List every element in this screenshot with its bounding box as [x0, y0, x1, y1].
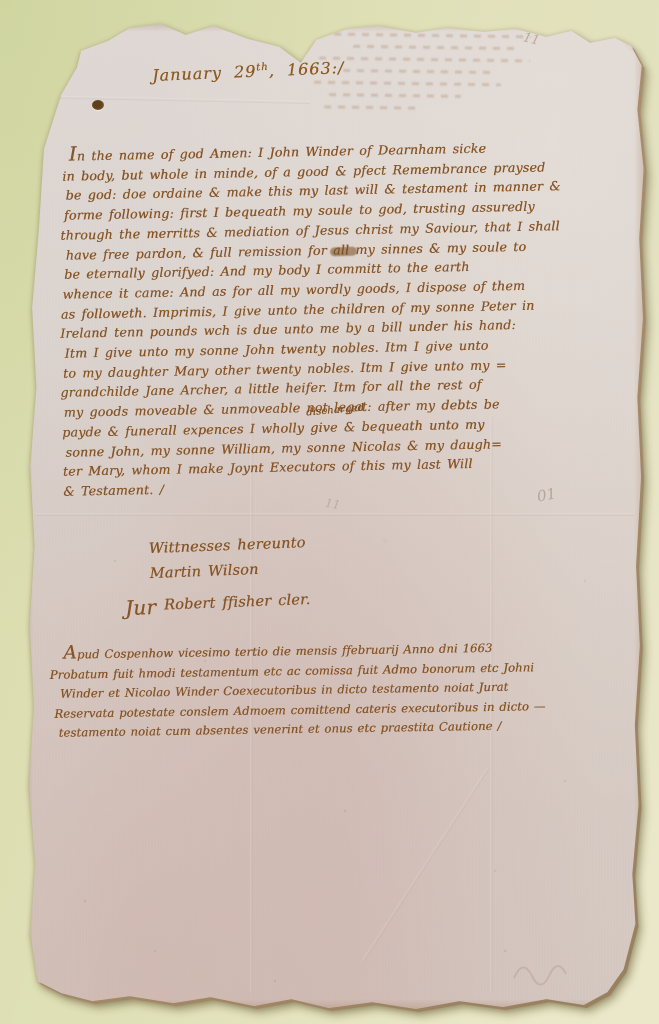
date-day: January 29 — [152, 62, 257, 85]
jurat-flourish: Jur — [125, 595, 157, 620]
date-year: , 1663:/ — [268, 58, 344, 80]
paper-edge-shading-top — [24, 20, 646, 32]
date-ordinal-suffix: th — [256, 62, 269, 74]
foxing-speckles — [24, 20, 26, 22]
ink-blot-strikethrough — [330, 247, 357, 257]
fold-crease — [24, 95, 310, 104]
wormhole-mark — [92, 100, 104, 110]
manuscript-photo: January 29th, 1663:/ In the name of god … — [0, 0, 659, 1024]
showthrough-mark — [510, 956, 580, 986]
fold-crease — [36, 513, 633, 516]
will-text-block: In the name of god Amen: I John Winder o… — [55, 135, 567, 501]
pencil-foliation-mark: 11 — [324, 496, 341, 512]
witness-title: Wittnesses hereunto — [148, 535, 308, 557]
witness-name: JurRobert ffisher cler. — [150, 585, 310, 615]
top-right-corner-fold — [560, 20, 646, 72]
probate-clause-block: Apud Cospenhow vicesimo tertio die mensi… — [49, 636, 546, 743]
witness-block: Wittnesses hereunto Martin Wilson JurRob… — [148, 535, 311, 624]
photo-background: January 29th, 1663:/ In the name of god … — [0, 0, 659, 1024]
manuscript-page: January 29th, 1663:/ In the name of god … — [24, 20, 646, 1013]
witness-name: Martin Wilson — [149, 560, 309, 582]
witness-name-text: Robert ffisher cler. — [164, 592, 311, 614]
pencil-foliation-mark: 01 — [536, 484, 558, 505]
fold-crease — [362, 768, 490, 963]
paper-edge-shading-left — [24, 20, 33, 1013]
